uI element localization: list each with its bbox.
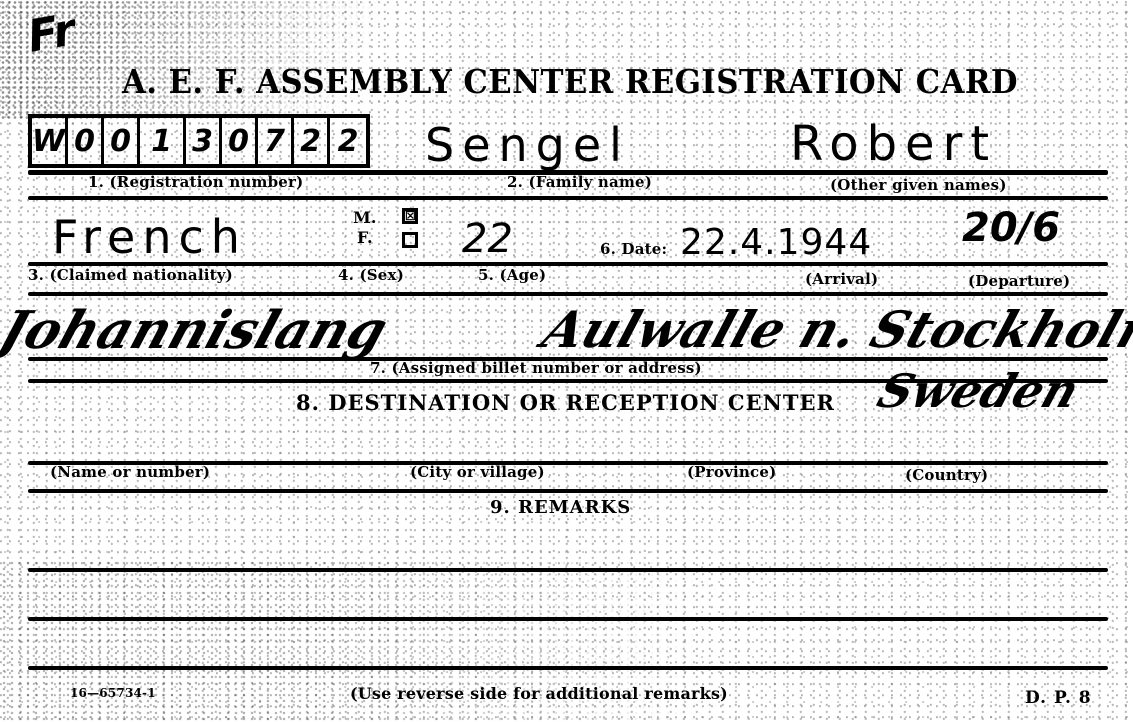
other-given-names-label: (Other given names) (830, 176, 1007, 194)
departure-date-value: 20/6 (962, 205, 1060, 251)
destination-city-label: (City or village) (410, 463, 545, 481)
reg-digit: 0 (68, 118, 104, 164)
destination-country-label: (Country) (905, 466, 988, 484)
row2-bottom-rule (28, 292, 1108, 296)
age-value: 22 (462, 216, 513, 262)
assigned-billet-value-left: Johannislang (0, 300, 395, 361)
date-prefix: 6. Date: (600, 240, 667, 258)
corner-note: Fr (24, 4, 79, 62)
form-number: 16—65734-1 (70, 686, 156, 700)
row4-bottom-rule (28, 489, 1108, 493)
departure-label: (Departure) (968, 272, 1070, 290)
form-code: D. P. 8 (1025, 688, 1092, 708)
remarks-rule-2 (28, 617, 1108, 621)
footer-note: (Use reverse side for additional remarks… (350, 684, 728, 703)
age-label: 5. (Age) (478, 266, 546, 284)
destination-country-value: Sweden (871, 364, 1086, 418)
reg-digit: 2 (294, 118, 330, 164)
row1-bottom-rule (28, 196, 1108, 200)
reg-digit: 2 (330, 118, 366, 164)
reg-digit: 1 (140, 118, 186, 164)
reg-digit: 0 (222, 118, 258, 164)
other-given-names-value: Robert (790, 116, 997, 172)
remarks-rule-3 (28, 666, 1108, 670)
reg-digit: 7 (258, 118, 294, 164)
sex-label: 4. (Sex) (338, 266, 404, 284)
sex-m-checkbox[interactable]: ☒ (402, 208, 418, 224)
claimed-nationality-value: French (52, 210, 247, 264)
destination-heading: 8. DESTINATION OR RECEPTION CENTER (296, 390, 835, 415)
claimed-nationality-label: 3. (Claimed nationality) (28, 266, 233, 284)
reg-digit: 3 (186, 118, 222, 164)
sex-option-m: M. (353, 208, 377, 227)
registration-number-label: 1. (Registration number) (88, 173, 303, 191)
reg-digit: W (32, 118, 68, 164)
remarks-heading: 9. REMARKS (490, 497, 631, 518)
assigned-billet-value-right: Aulwalle n. Stockholm (535, 300, 1133, 359)
family-name-label: 2. (Family name) (507, 173, 652, 191)
reg-digit: 0 (104, 118, 140, 164)
arrival-label: (Arrival) (805, 270, 878, 288)
registration-number-box: W 0 0 1 3 0 7 2 2 (28, 114, 370, 168)
family-name-value: Sengel (425, 118, 630, 172)
remarks-rule-1 (28, 568, 1108, 572)
arrival-date-value: 22.4.1944 (680, 222, 872, 263)
destination-province-label: (Province) (687, 463, 776, 481)
card-title: A. E. F. ASSEMBLY CENTER REGISTRATION CA… (122, 62, 1018, 101)
sex-f-checkbox[interactable] (402, 232, 418, 248)
sex-option-f: F. (357, 228, 373, 247)
destination-name-label: (Name or number) (50, 463, 210, 481)
assigned-billet-label: 7. (Assigned billet number or address) (370, 359, 702, 377)
